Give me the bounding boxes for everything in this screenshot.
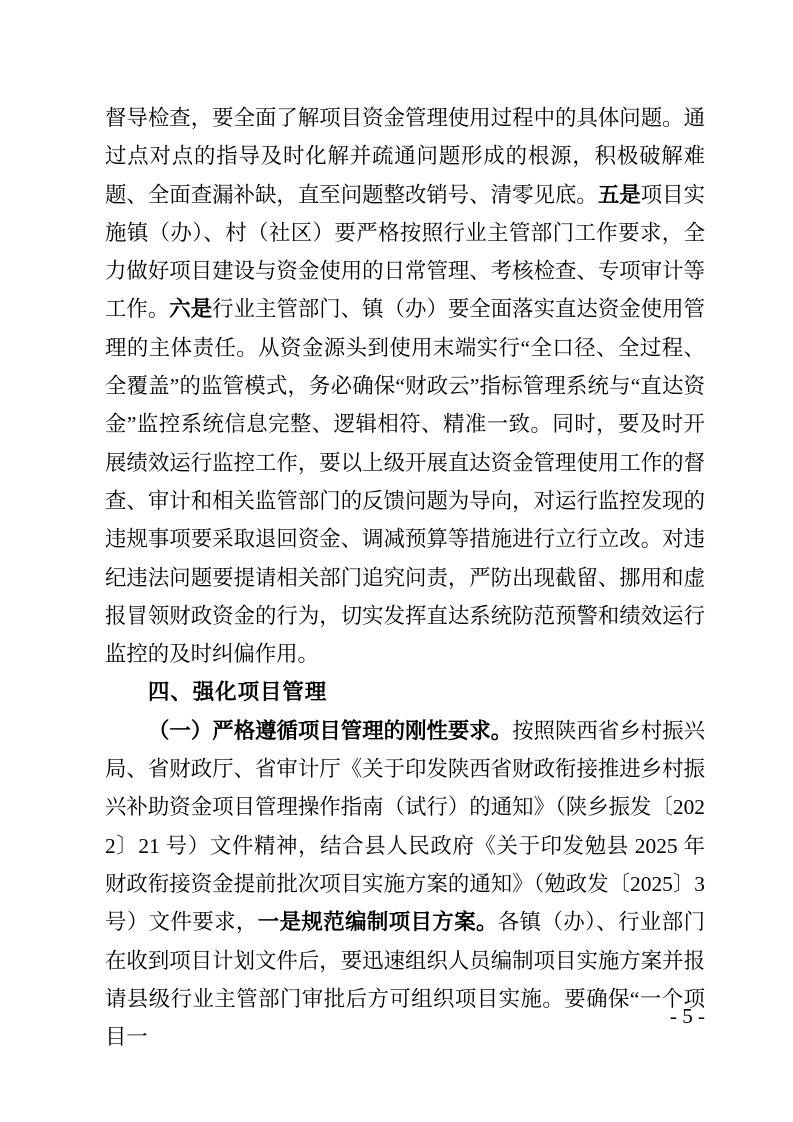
document-content: 督导检查，要全面了解项目资金管理使用过程中的具体问题。通过点对点的指导及时化解并… bbox=[105, 99, 705, 1056]
paragraph-item-one: （一）严格遵循项目管理的刚性要求。按照陕西省乡村振兴局、省财政厅、省审计厅《关于… bbox=[105, 712, 705, 1057]
section-heading-four: 四、强化项目管理 bbox=[105, 673, 705, 711]
bold-marker-five: 五是 bbox=[598, 183, 641, 207]
text-segment: 按照陕西省乡村振兴局、省财政厅、省审计厅《关于印发陕西省财政衔接推进乡村振兴补助… bbox=[105, 719, 705, 934]
document-page: 督导检查，要全面了解项目资金管理使用过程中的具体问题。通过点对点的指导及时化解并… bbox=[0, 0, 793, 1122]
bold-marker-six: 六是 bbox=[169, 297, 212, 321]
bold-lead-subsection-one: （一）严格遵循项目管理的刚性要求。 bbox=[148, 719, 512, 743]
bold-marker-first-point: 一是规范编制项目方案。 bbox=[258, 910, 498, 934]
paragraph-continuation: 督导检查，要全面了解项目资金管理使用过程中的具体问题。通过点对点的指导及时化解并… bbox=[105, 99, 705, 673]
text-segment: 行业主管部门、镇（办）要全面落实直达资金使用管理的主体责任。从资金源头到使用末端… bbox=[105, 297, 705, 666]
page-number: - 5 - bbox=[670, 1003, 705, 1029]
